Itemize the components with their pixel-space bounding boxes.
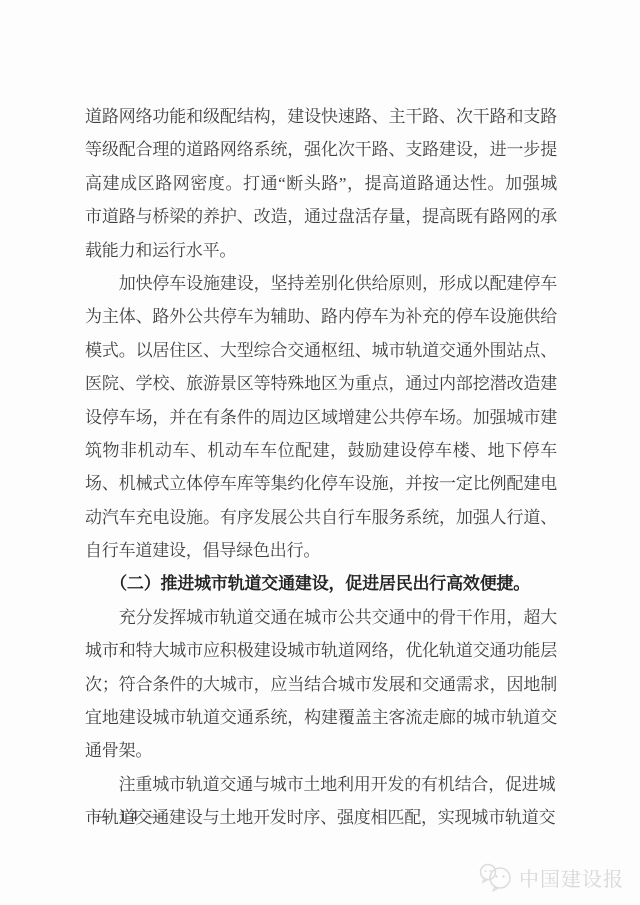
text-line: （二）推进城市轨道交通建设，促进居民出行高效便捷。 bbox=[85, 567, 557, 600]
paragraph-parking-facilities: 加快停车设施建设，坚持差别化供给原则，形成以配建停车为主体、路外公共停车为辅助、… bbox=[85, 267, 557, 568]
publisher-name: 中国建设报 bbox=[519, 863, 624, 892]
publisher-watermark: 中国建设报 bbox=[477, 860, 624, 894]
text-line: 自行车道建设，倡导绿色出行。 bbox=[85, 534, 557, 567]
document-page: 道路网络功能和级配结构，建设快速路、主干路、次干路和支路等级配合理的道路网络系统… bbox=[0, 0, 640, 905]
text-line: 充分发挥城市轨道交通在城市公共交通中的骨干作用，超大 bbox=[85, 601, 557, 634]
text-line: 城市和特大城市应积极建设城市轨道网络，优化轨道交通功能层 bbox=[85, 634, 557, 667]
text-line: 通骨架。 bbox=[85, 734, 557, 767]
paragraph-road-network: 道路网络功能和级配结构，建设快速路、主干路、次干路和支路等级配合理的道路网络系统… bbox=[85, 100, 557, 267]
text-line: 注重城市轨道交通与城市土地利用开发的有机结合，促进城 bbox=[85, 768, 557, 801]
text-line: 医院、学校、旅游景区等特殊地区为重点，通过内部挖潜改造建 bbox=[85, 367, 557, 400]
section-heading-rail-transit: （二）推进城市轨道交通建设，促进居民出行高效便捷。 bbox=[85, 567, 557, 600]
text-line: 为主体、路外公共停车为辅助、路内停车为补充的停车设施供给 bbox=[85, 300, 557, 333]
text-line: 市道路与桥梁的养护、改造，通过盘活存量，提高既有路网的承 bbox=[85, 200, 557, 233]
text-line: 场、机械式立体停车库等集约化停车设施，并按一定比例配建电 bbox=[85, 467, 557, 500]
paragraph-rail-transit-role: 充分发挥城市轨道交通在城市公共交通中的骨干作用，超大城市和特大城市应积极建设城市… bbox=[85, 601, 557, 768]
chat-bubbles-icon bbox=[477, 861, 513, 893]
text-line: 模式。以居住区、大型综合交通枢纽、城市轨道交通外围站点、 bbox=[85, 334, 557, 367]
document-text-block: 道路网络功能和级配结构，建设快速路、主干路、次干路和支路等级配合理的道路网络系统… bbox=[85, 100, 557, 835]
text-line: 设停车场，并在有条件的周边区域增建公共停车场。加强城市建 bbox=[85, 401, 557, 434]
text-line: 载能力和运行水平。 bbox=[85, 234, 557, 267]
text-line: 宜地建设城市轨道交通系统，构建覆盖主客流走廊的城市轨道交 bbox=[85, 701, 557, 734]
text-line: 等级配合理的道路网络系统，强化次干路、支路建设，进一步提 bbox=[85, 133, 557, 166]
text-line: 筑物非机动车、机动车车位配建，鼓励建设停车楼、地下停车 bbox=[85, 434, 557, 467]
text-line: 次；符合条件的大城市，应当结合城市发展和交通需求，因地制 bbox=[85, 668, 557, 701]
text-line: 加快停车设施建设，坚持差别化供给原则，形成以配建停车 bbox=[85, 267, 557, 300]
text-line: 道路网络功能和级配结构，建设快速路、主干路、次干路和支路 bbox=[85, 100, 557, 133]
page-number: — 14 — bbox=[93, 805, 167, 829]
text-line: 高建成区路网密度。打通“断头路”，提高道路通达性。加强城 bbox=[85, 167, 557, 200]
text-line: 动汽车充电设施。有序发展公共自行车服务系统，加强人行道、 bbox=[85, 501, 557, 534]
